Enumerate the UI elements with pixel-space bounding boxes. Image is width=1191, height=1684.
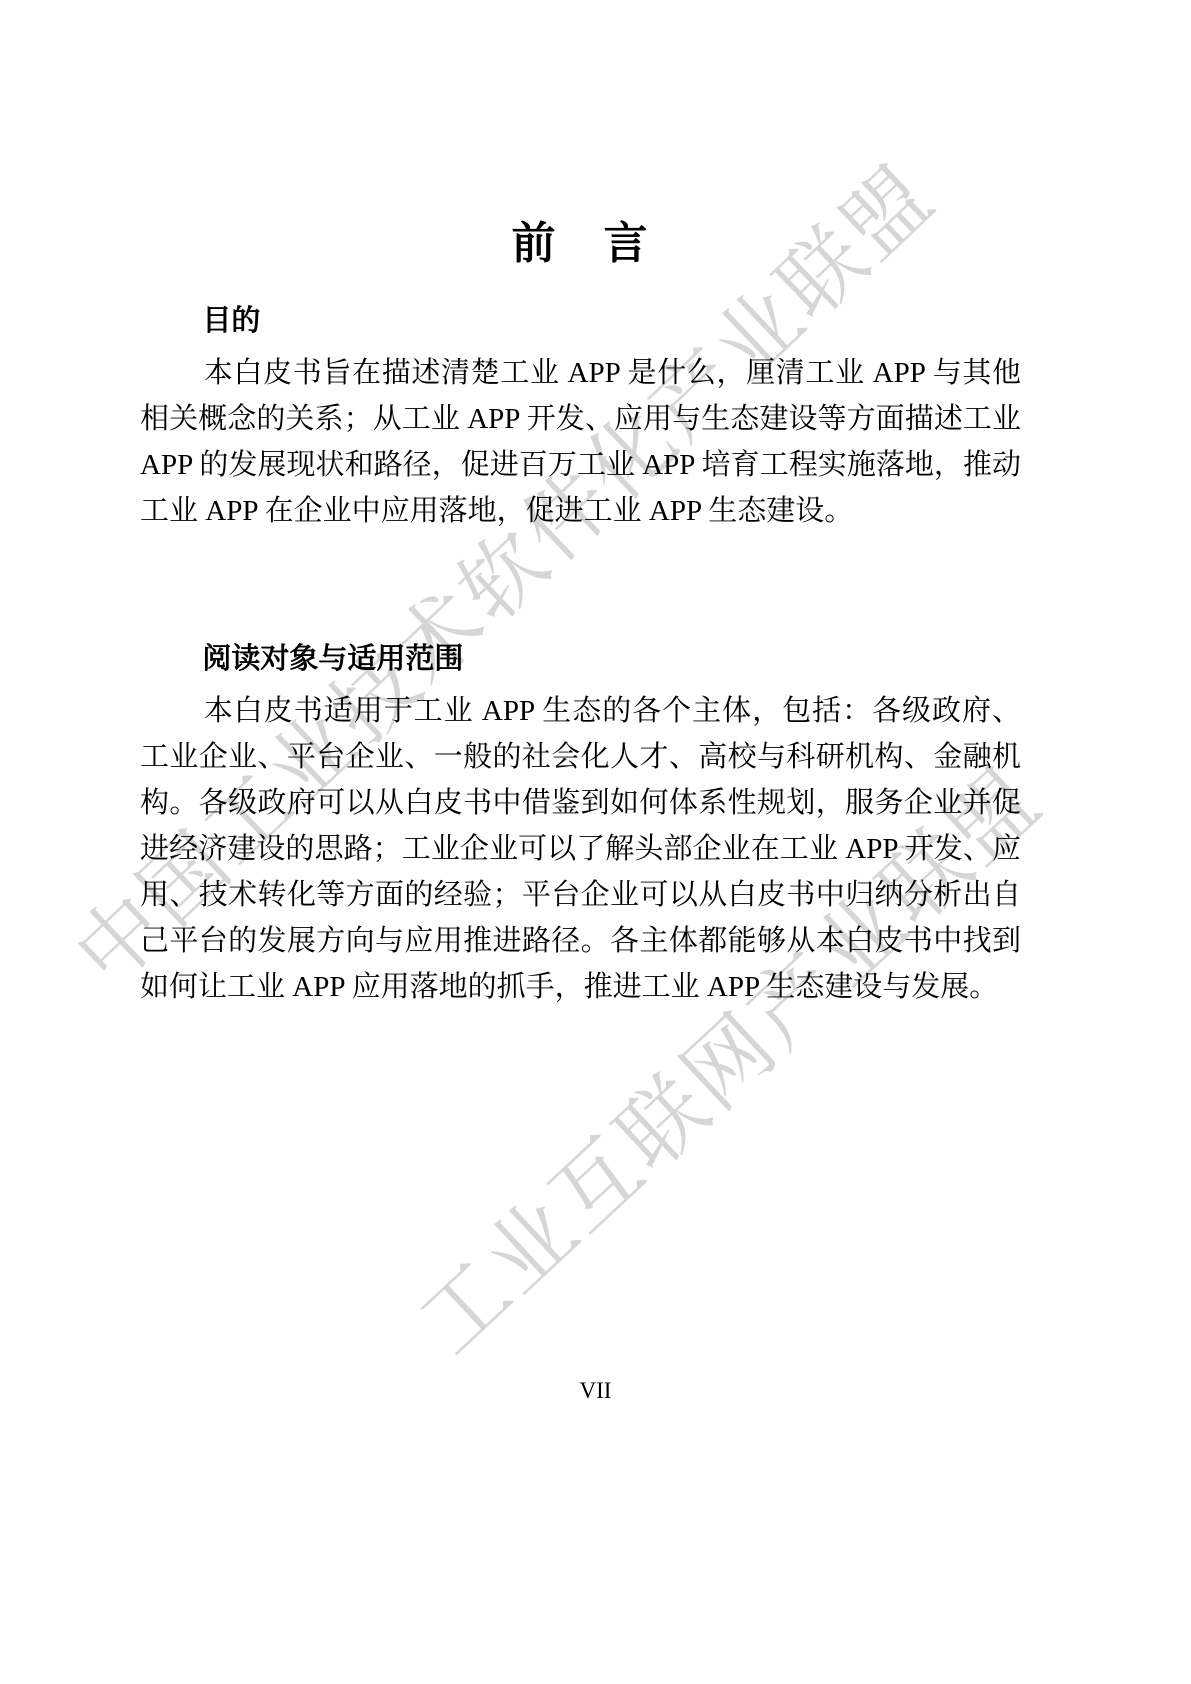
document-page: 中国工业技术软件化产业联盟 工业互联网产业联盟 前 言 目的 本白皮书旨在描述清… <box>0 0 1191 1684</box>
section-heading-audience: 阅读对象与适用范围 <box>202 638 1021 680</box>
section-audience: 阅读对象与适用范围 本白皮书适用于工业 APP 生态的各个主体，包括：各级政府、… <box>140 638 1021 1010</box>
section-heading-purpose: 目的 <box>202 300 1021 342</box>
section-purpose: 目的 本白皮书旨在描述清楚工业 APP 是什么，厘清工业 APP 与其他相关概念… <box>140 300 1021 534</box>
page-number: VII <box>0 1378 1191 1404</box>
paragraph-audience: 本白皮书适用于工业 APP 生态的各个主体，包括：各级政府、工业企业、平台企业、… <box>140 688 1021 1010</box>
paragraph-purpose: 本白皮书旨在描述清楚工业 APP 是什么，厘清工业 APP 与其他相关概念的关系… <box>140 350 1021 534</box>
page-content: 前 言 目的 本白皮书旨在描述清楚工业 APP 是什么，厘清工业 APP 与其他… <box>0 0 1191 1010</box>
page-title: 前 言 <box>140 0 1021 270</box>
